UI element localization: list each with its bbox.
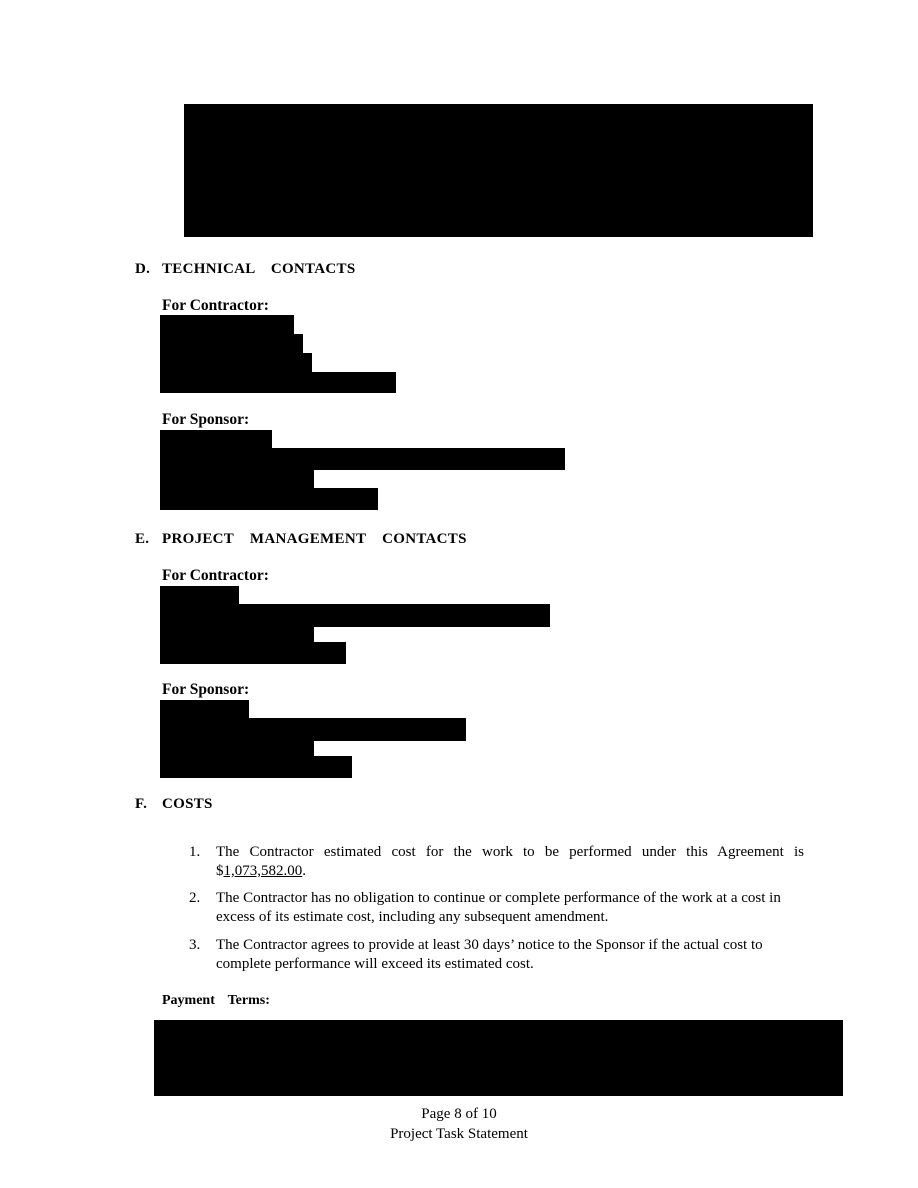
- redacted-line: [160, 488, 378, 510]
- cost-item-1: 1. The Contractor estimated cost for the…: [216, 843, 804, 881]
- redacted-line: [160, 642, 346, 664]
- redacted-line: [160, 586, 239, 606]
- redacted-line: [160, 315, 294, 335]
- section-d-title: TECHNICAL CONTACTS: [162, 261, 355, 277]
- payment-terms-label: Payment Terms:: [162, 993, 270, 1009]
- redacted-line: [160, 372, 396, 393]
- section-f-letter: F.: [135, 796, 162, 813]
- redacted-line: [160, 448, 565, 470]
- cost-item-2: 2. The Contractor has no obligation to c…: [216, 889, 808, 927]
- pm-sponsor-label: For Sponsor:: [162, 681, 249, 699]
- cost-item-1-end: .: [302, 863, 306, 879]
- section-f-title: COSTS: [162, 796, 213, 812]
- redacted-line: [160, 700, 249, 720]
- section-d-heading: D.TECHNICAL CONTACTS: [135, 261, 355, 278]
- section-f-heading: F.COSTS: [135, 796, 213, 813]
- redacted-line: [160, 718, 466, 741]
- cost-item-2-text: The Contractor has no obligation to cont…: [216, 890, 781, 925]
- pm-contractor-label: For Contractor:: [162, 567, 269, 585]
- section-e-heading: E.PROJECT MANAGEMENT CONTACTS: [135, 531, 467, 548]
- redacted-line: [160, 334, 303, 354]
- redacted-line: [160, 430, 272, 450]
- cost-item-3: 3. The Contractor agrees to provide at l…: [216, 936, 808, 974]
- redacted-line: [160, 353, 312, 373]
- cost-item-1-number: 1.: [189, 843, 200, 862]
- redacted-line: [160, 756, 352, 778]
- section-e-letter: E.: [135, 531, 162, 548]
- cost-item-3-text: The Contractor agrees to provide at leas…: [216, 937, 763, 972]
- footer-page-number: Page 8 of 10: [0, 1106, 918, 1123]
- redacted-line: [160, 604, 550, 627]
- cost-item-2-number: 2.: [189, 889, 200, 908]
- technical-contractor-label: For Contractor:: [162, 297, 269, 315]
- redacted-payment-terms: [154, 1020, 843, 1096]
- redacted-block-top: [184, 104, 813, 237]
- estimated-cost-amount: 1,073,582.00: [224, 863, 303, 879]
- section-e-title: PROJECT MANAGEMENT CONTACTS: [162, 531, 467, 547]
- footer-title: Project Task Statement: [0, 1126, 918, 1143]
- cost-item-3-number: 3.: [189, 936, 200, 955]
- technical-sponsor-label: For Sponsor:: [162, 411, 249, 429]
- redacted-line: [160, 469, 314, 489]
- section-d-letter: D.: [135, 261, 162, 278]
